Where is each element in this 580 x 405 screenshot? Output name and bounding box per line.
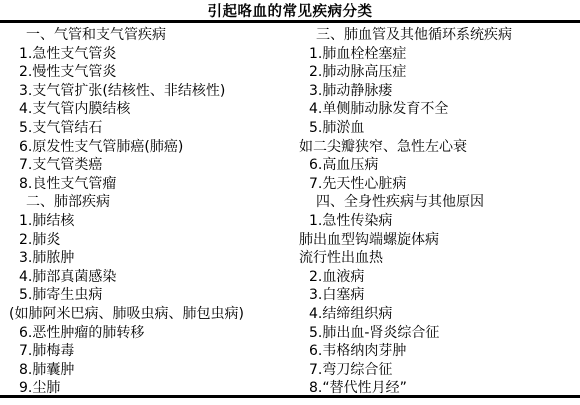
page-title: 引起咯血的常见疾病分类	[0, 0, 580, 20]
document-page: 引起咯血的常见疾病分类 一、气管和支气管疾病1.急性支气管炎2.慢性支气管炎3.…	[0, 0, 580, 405]
list-item: 3.支气管扩张(结核性、非结核性)	[0, 82, 290, 101]
list-item: 8.肺囊肿	[0, 361, 290, 380]
list-item: 1.急性传染病	[290, 212, 580, 231]
list-item: 6.高血压病	[290, 156, 580, 175]
list-item: 5.支气管结石	[0, 119, 290, 138]
section-heading: 二、肺部疾病	[0, 193, 290, 212]
list-item: 7.支气管类癌	[0, 156, 290, 175]
list-item: 1.肺血栓栓塞症	[290, 45, 580, 64]
list-item: 2.慢性支气管炎	[0, 63, 290, 82]
classification-table: 一、气管和支气管疾病1.急性支气管炎2.慢性支气管炎3.支气管扩张(结核性、非结…	[0, 20, 580, 398]
list-item: 6.原发性支气管肺癌(肺癌)	[0, 138, 290, 157]
list-item: 5.肺淤血	[290, 119, 580, 138]
list-item: 2.肺炎	[0, 231, 290, 250]
list-item: 8.良性支气管瘤	[0, 175, 290, 194]
list-item: 4.肺部真菌感染	[0, 268, 290, 287]
list-item: 9.尘肺	[0, 379, 290, 398]
section-heading: 一、气管和支气管疾病	[0, 26, 290, 45]
left-column: 一、气管和支气管疾病1.急性支气管炎2.慢性支气管炎3.支气管扩张(结核性、非结…	[0, 26, 290, 395]
list-item: 8.“替代性月经”	[290, 379, 580, 398]
list-item: 5.肺寄生虫病	[0, 286, 290, 305]
list-item: 7.先天性心脏病	[290, 175, 580, 194]
list-item: 3.白塞病	[290, 286, 580, 305]
section-heading: 四、全身性疾病与其他原因	[290, 193, 580, 212]
list-item: 2.血液病	[290, 268, 580, 287]
list-item: 5.肺出血-肾炎综合征	[290, 324, 580, 343]
list-item: 6.韦格纳肉芽肿	[290, 342, 580, 361]
list-item: 4.结缔组织病	[290, 305, 580, 324]
list-item: 7.弯刀综合征	[290, 361, 580, 380]
list-item: 3.肺脓肿	[0, 249, 290, 268]
list-item: 4.单侧肺动脉发育不全	[290, 100, 580, 119]
list-item: 1.肺结核	[0, 212, 290, 231]
list-item: 3.肺动静脉瘘	[290, 82, 580, 101]
list-item: 流行性出血热	[290, 249, 580, 268]
list-item: 7.肺梅毒	[0, 342, 290, 361]
list-item: 肺出血型钩端螺旋体病	[290, 231, 580, 250]
list-item: 1.急性支气管炎	[0, 45, 290, 64]
list-item: 6.恶性肿瘤的肺转移	[0, 324, 290, 343]
right-column: 三、肺血管及其他循环系统疾病1.肺血栓栓塞症2.肺动脉高压症3.肺动静脉瘘4.单…	[290, 26, 580, 395]
list-item: (如肺阿米巴病、肺吸虫病、肺包虫病)	[0, 305, 290, 324]
section-heading: 三、肺血管及其他循环系统疾病	[290, 26, 580, 45]
list-item: 2.肺动脉高压症	[290, 63, 580, 82]
list-item: 4.支气管内膜结核	[0, 100, 290, 119]
list-item: 如二尖瓣狭窄、急性左心衰	[290, 138, 580, 157]
